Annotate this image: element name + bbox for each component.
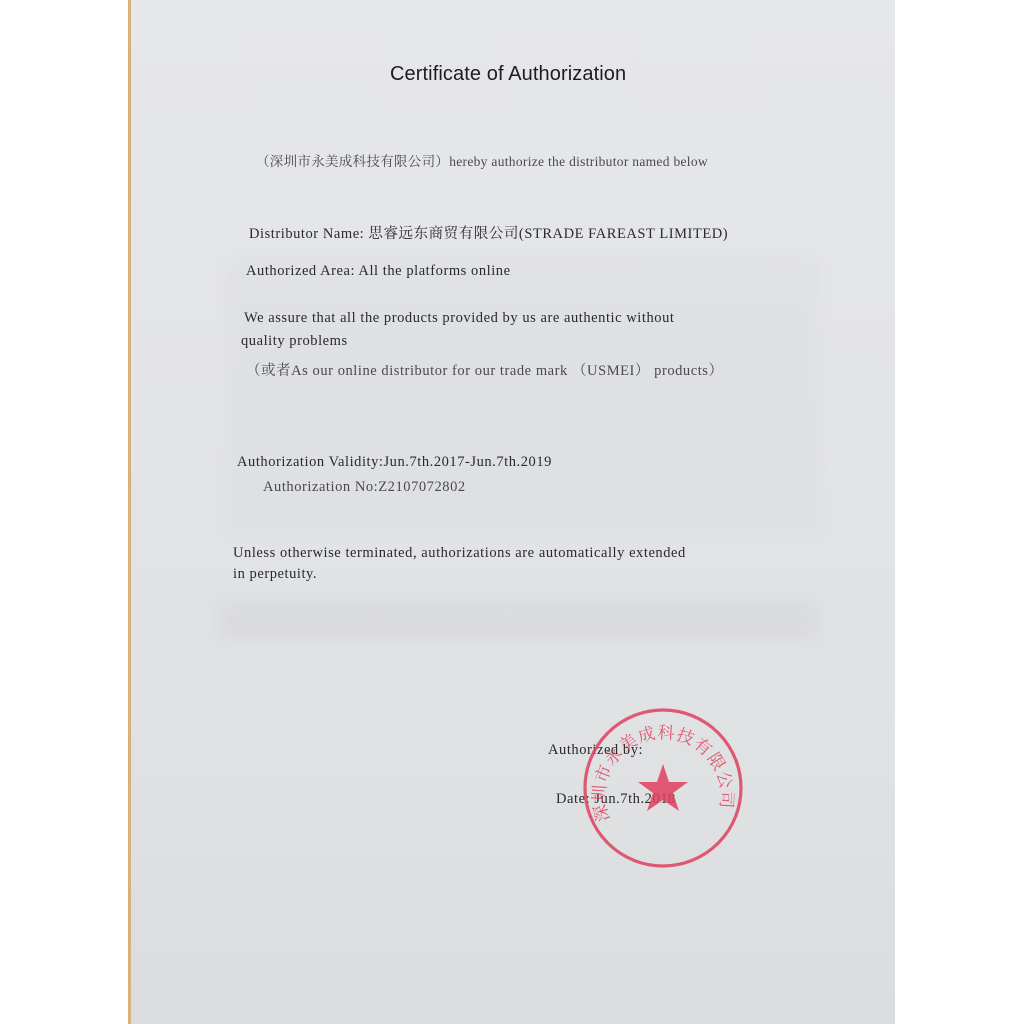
authorization-number: Authorization No:Z2107072802: [263, 479, 466, 496]
distributor-name: Distributor Name: 思睿远东商贸有限公司(STRADE FARE…: [249, 222, 728, 243]
assurance-line-3: （或者As our online distributor for our tra…: [246, 359, 724, 380]
assurance-line-1: We assure that all the products provided…: [244, 310, 674, 327]
company-seal-stamp: 深圳市永美成科技有限公司: [582, 706, 744, 870]
authorization-validity: Authorization Validity:Jun.7th.2017-Jun.…: [237, 454, 552, 471]
extension-clause-line-2: in perpetuity.: [233, 566, 317, 583]
extension-clause-line-1: Unless otherwise terminated, authorizati…: [233, 545, 686, 562]
star-icon: [638, 764, 688, 811]
intro-statement: （深圳市永美成科技有限公司）hereby authorize the distr…: [256, 150, 708, 170]
assurance-line-2: quality problems: [241, 333, 348, 350]
certificate-title: Certificate of Authorization: [390, 63, 626, 86]
authorized-area: Authorized Area: All the platforms onlin…: [246, 263, 511, 280]
